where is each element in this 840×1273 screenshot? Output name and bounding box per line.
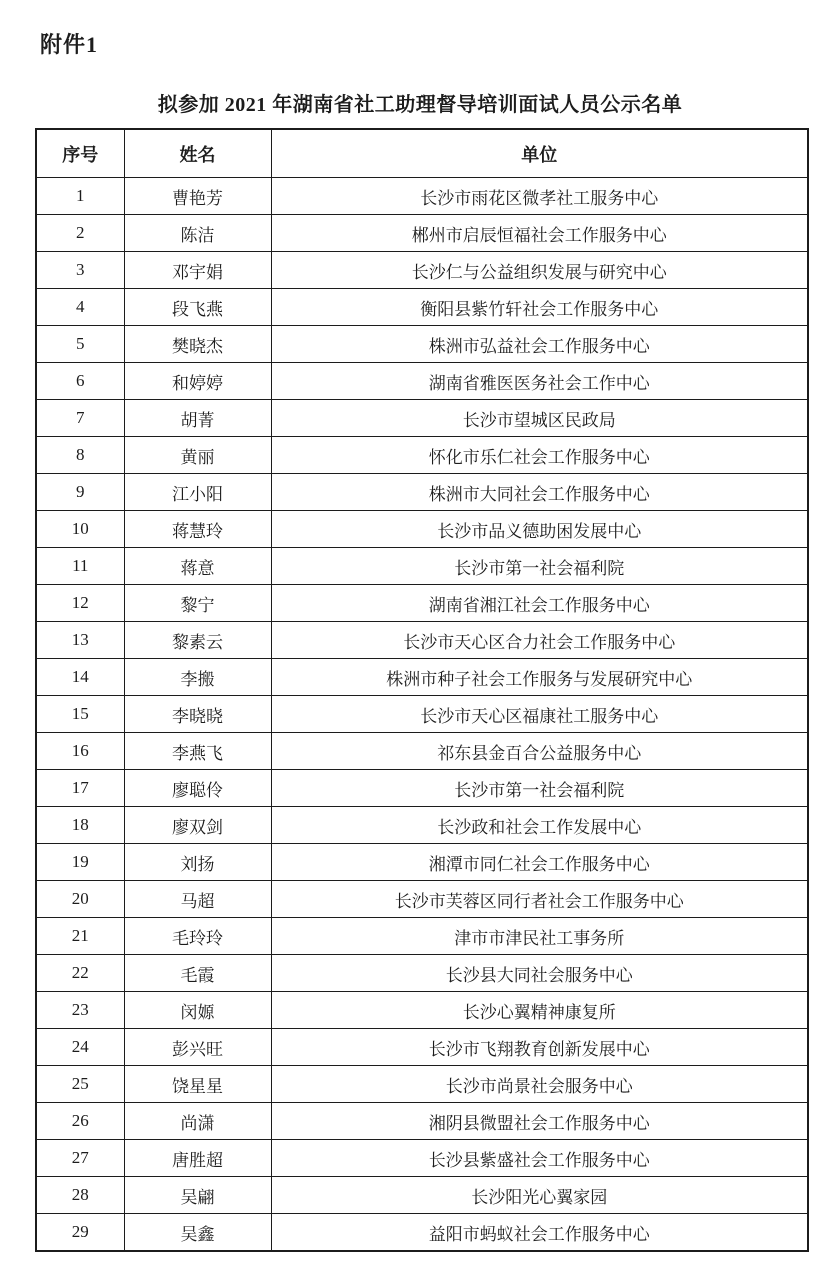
row-name-cell: 马超 xyxy=(124,881,271,918)
row-number-cell: 13 xyxy=(36,622,124,659)
row-number-cell: 12 xyxy=(36,585,124,622)
row-unit-cell: 湖南省雅医医务社会工作中心 xyxy=(271,363,808,400)
table-row: 17 廖聪伶 长沙市第一社会福利院 xyxy=(36,770,808,807)
row-name-cell: 胡菁 xyxy=(124,400,271,437)
column-header-unit: 单位 xyxy=(271,129,808,178)
row-unit-cell: 怀化市乐仁社会工作服务中心 xyxy=(271,437,808,474)
table-row: 22 毛霞 长沙县大同社会服务中心 xyxy=(36,955,808,992)
row-number-cell: 21 xyxy=(36,918,124,955)
table-row: 4 段飞燕 衡阳县紫竹轩社会工作服务中心 xyxy=(36,289,808,326)
row-name-cell: 邓宇娟 xyxy=(124,252,271,289)
table-row: 29 吴鑫 益阳市蚂蚁社会工作服务中心 xyxy=(36,1214,808,1252)
table-row: 28 吴翩 长沙阳光心翼家园 xyxy=(36,1177,808,1214)
table-row: 21 毛玲玲 津市市津民社工事务所 xyxy=(36,918,808,955)
row-unit-cell: 长沙市天心区福康社工服务中心 xyxy=(271,696,808,733)
row-number-cell: 23 xyxy=(36,992,124,1029)
row-unit-cell: 株洲市大同社会工作服务中心 xyxy=(271,474,808,511)
table-row: 11 蒋意 长沙市第一社会福利院 xyxy=(36,548,808,585)
table-row: 18 廖双剑 长沙政和社会工作发展中心 xyxy=(36,807,808,844)
row-number-cell: 1 xyxy=(36,178,124,215)
row-name-cell: 黎宁 xyxy=(124,585,271,622)
row-unit-cell: 益阳市蚂蚁社会工作服务中心 xyxy=(271,1214,808,1252)
table-row: 6 和婷婷 湖南省雅医医务社会工作中心 xyxy=(36,363,808,400)
column-header-name: 姓名 xyxy=(124,129,271,178)
row-number-cell: 16 xyxy=(36,733,124,770)
row-number-cell: 26 xyxy=(36,1103,124,1140)
row-unit-cell: 长沙政和社会工作发展中心 xyxy=(271,807,808,844)
row-name-cell: 黄丽 xyxy=(124,437,271,474)
row-name-cell: 曹艳芳 xyxy=(124,178,271,215)
table-row: 13 黎素云 长沙市天心区合力社会工作服务中心 xyxy=(36,622,808,659)
row-unit-cell: 衡阳县紫竹轩社会工作服务中心 xyxy=(271,289,808,326)
row-unit-cell: 长沙市望城区民政局 xyxy=(271,400,808,437)
row-number-cell: 5 xyxy=(36,326,124,363)
row-unit-cell: 津市市津民社工事务所 xyxy=(271,918,808,955)
table-row: 12 黎宁 湖南省湘江社会工作服务中心 xyxy=(36,585,808,622)
row-name-cell: 闵嫄 xyxy=(124,992,271,1029)
row-number-cell: 6 xyxy=(36,363,124,400)
row-number-cell: 17 xyxy=(36,770,124,807)
row-unit-cell: 湘潭市同仁社会工作服务中心 xyxy=(271,844,808,881)
row-unit-cell: 长沙县紫盛社会工作服务中心 xyxy=(271,1140,808,1177)
row-name-cell: 李晓晓 xyxy=(124,696,271,733)
row-number-cell: 10 xyxy=(36,511,124,548)
row-name-cell: 李搬 xyxy=(124,659,271,696)
row-number-cell: 9 xyxy=(36,474,124,511)
row-unit-cell: 湖南省湘江社会工作服务中心 xyxy=(271,585,808,622)
table-row: 14 李搬 株洲市种子社会工作服务与发展研究中心 xyxy=(36,659,808,696)
row-name-cell: 饶星星 xyxy=(124,1066,271,1103)
table-header-row: 序号 姓名 单位 xyxy=(36,129,808,178)
row-name-cell: 廖聪伶 xyxy=(124,770,271,807)
row-unit-cell: 郴州市启辰恒福社会工作服务中心 xyxy=(271,215,808,252)
row-number-cell: 24 xyxy=(36,1029,124,1066)
row-unit-cell: 长沙市第一社会福利院 xyxy=(271,770,808,807)
row-unit-cell: 长沙市尚景社会服务中心 xyxy=(271,1066,808,1103)
row-unit-cell: 祁东县金百合公益服务中心 xyxy=(271,733,808,770)
row-name-cell: 尚潇 xyxy=(124,1103,271,1140)
row-unit-cell: 长沙市品义德助困发展中心 xyxy=(271,511,808,548)
row-unit-cell: 长沙市飞翔教育创新发展中心 xyxy=(271,1029,808,1066)
row-unit-cell: 长沙市天心区合力社会工作服务中心 xyxy=(271,622,808,659)
row-unit-cell: 长沙仁与公益组织发展与研究中心 xyxy=(271,252,808,289)
row-number-cell: 22 xyxy=(36,955,124,992)
row-number-cell: 25 xyxy=(36,1066,124,1103)
row-name-cell: 蒋意 xyxy=(124,548,271,585)
table-row: 19 刘扬 湘潭市同仁社会工作服务中心 xyxy=(36,844,808,881)
table-row: 9 江小阳 株洲市大同社会工作服务中心 xyxy=(36,474,808,511)
table-row: 10 蒋慧玲 长沙市品义德助困发展中心 xyxy=(36,511,808,548)
row-unit-cell: 株洲市种子社会工作服务与发展研究中心 xyxy=(271,659,808,696)
row-unit-cell: 长沙市第一社会福利院 xyxy=(271,548,808,585)
row-name-cell: 吴鑫 xyxy=(124,1214,271,1252)
attachment-label: 附件1 xyxy=(40,28,98,59)
row-name-cell: 廖双剑 xyxy=(124,807,271,844)
table-row: 7 胡菁 长沙市望城区民政局 xyxy=(36,400,808,437)
roster-table: 序号 姓名 单位 1 曹艳芳 长沙市雨花区微孝社工服务中心 2 陈洁 郴州市启辰… xyxy=(35,128,809,1252)
table-row: 16 李燕飞 祁东县金百合公益服务中心 xyxy=(36,733,808,770)
row-unit-cell: 长沙市雨花区微孝社工服务中心 xyxy=(271,178,808,215)
row-number-cell: 28 xyxy=(36,1177,124,1214)
row-unit-cell: 长沙县大同社会服务中心 xyxy=(271,955,808,992)
page-title: 拟参加 2021 年湖南省社工助理督导培训面试人员公示名单 xyxy=(0,88,840,117)
row-number-cell: 14 xyxy=(36,659,124,696)
table-row: 15 李晓晓 长沙市天心区福康社工服务中心 xyxy=(36,696,808,733)
row-unit-cell: 长沙心翼精神康复所 xyxy=(271,992,808,1029)
table-row: 5 樊晓杰 株洲市弘益社会工作服务中心 xyxy=(36,326,808,363)
table-row: 1 曹艳芳 长沙市雨花区微孝社工服务中心 xyxy=(36,178,808,215)
row-name-cell: 吴翩 xyxy=(124,1177,271,1214)
table-row: 26 尚潇 湘阴县微盟社会工作服务中心 xyxy=(36,1103,808,1140)
row-name-cell: 刘扬 xyxy=(124,844,271,881)
row-number-cell: 19 xyxy=(36,844,124,881)
row-name-cell: 李燕飞 xyxy=(124,733,271,770)
row-number-cell: 4 xyxy=(36,289,124,326)
row-number-cell: 15 xyxy=(36,696,124,733)
row-number-cell: 29 xyxy=(36,1214,124,1252)
row-unit-cell: 长沙阳光心翼家园 xyxy=(271,1177,808,1214)
row-number-cell: 3 xyxy=(36,252,124,289)
row-number-cell: 7 xyxy=(36,400,124,437)
table-row: 27 唐胜超 长沙县紫盛社会工作服务中心 xyxy=(36,1140,808,1177)
row-name-cell: 樊晓杰 xyxy=(124,326,271,363)
row-name-cell: 陈洁 xyxy=(124,215,271,252)
table-row: 25 饶星星 长沙市尚景社会服务中心 xyxy=(36,1066,808,1103)
row-name-cell: 彭兴旺 xyxy=(124,1029,271,1066)
row-name-cell: 毛霞 xyxy=(124,955,271,992)
row-number-cell: 11 xyxy=(36,548,124,585)
row-name-cell: 段飞燕 xyxy=(124,289,271,326)
table-row: 8 黄丽 怀化市乐仁社会工作服务中心 xyxy=(36,437,808,474)
row-name-cell: 唐胜超 xyxy=(124,1140,271,1177)
table-row: 20 马超 长沙市芙蓉区同行者社会工作服务中心 xyxy=(36,881,808,918)
table-row: 24 彭兴旺 长沙市飞翔教育创新发展中心 xyxy=(36,1029,808,1066)
row-name-cell: 和婷婷 xyxy=(124,363,271,400)
table-row: 23 闵嫄 长沙心翼精神康复所 xyxy=(36,992,808,1029)
table-row: 2 陈洁 郴州市启辰恒福社会工作服务中心 xyxy=(36,215,808,252)
row-unit-cell: 长沙市芙蓉区同行者社会工作服务中心 xyxy=(271,881,808,918)
row-number-cell: 20 xyxy=(36,881,124,918)
row-number-cell: 8 xyxy=(36,437,124,474)
row-name-cell: 江小阳 xyxy=(124,474,271,511)
row-number-cell: 27 xyxy=(36,1140,124,1177)
row-unit-cell: 湘阴县微盟社会工作服务中心 xyxy=(271,1103,808,1140)
table-row: 3 邓宇娟 长沙仁与公益组织发展与研究中心 xyxy=(36,252,808,289)
row-name-cell: 蒋慧玲 xyxy=(124,511,271,548)
row-name-cell: 黎素云 xyxy=(124,622,271,659)
row-unit-cell: 株洲市弘益社会工作服务中心 xyxy=(271,326,808,363)
row-name-cell: 毛玲玲 xyxy=(124,918,271,955)
row-number-cell: 18 xyxy=(36,807,124,844)
row-number-cell: 2 xyxy=(36,215,124,252)
column-header-no: 序号 xyxy=(36,129,124,178)
